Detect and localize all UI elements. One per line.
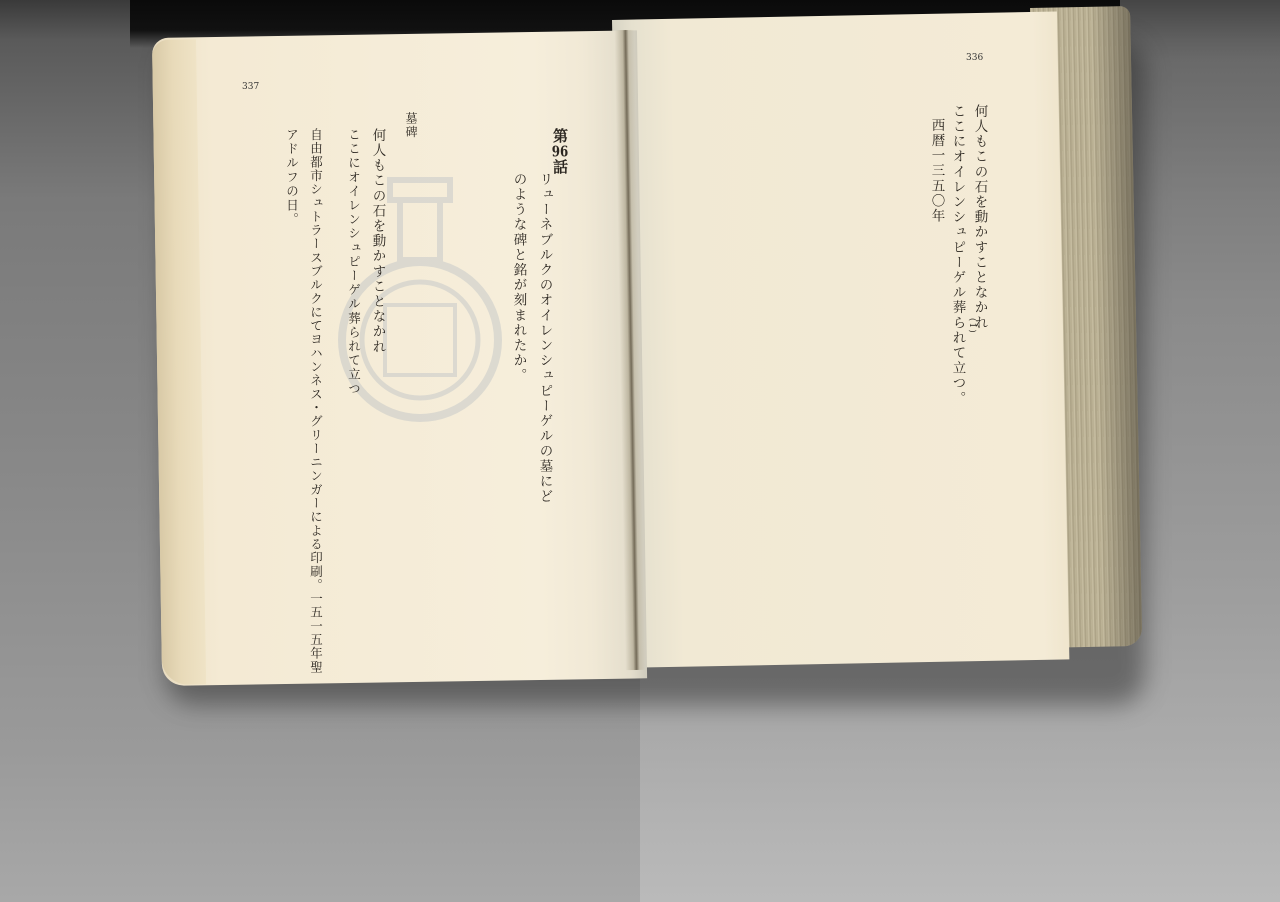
epitaph-line-2: ここにオイレンシュピーゲル葬られて立つ: [347, 128, 360, 396]
right-line-1: 何人もこの石を動かすことなかれ: [972, 104, 986, 331]
page-number-right: 336: [966, 53, 983, 63]
epitaph-line-1: 何人もこの石を動かすことなかれ: [370, 128, 384, 355]
section-heading: 墓碑: [405, 112, 417, 139]
page-number-left: 337: [242, 82, 259, 92]
right-line-3: 西暦一三五〇年: [929, 118, 943, 224]
right-page: [612, 11, 1069, 667]
chapter-title: 第96話: [552, 128, 567, 175]
note-ref-number: 1: [968, 323, 977, 330]
colophon-line-2: アドルフの日。: [285, 128, 298, 227]
note-reference: (1): [968, 318, 976, 334]
right-line-2: ここにオイレンシュピーゲル葬られて立つ。: [950, 104, 964, 406]
colophon-line-1: 自由都市シュトラースブルクにてヨハンネス・グリーニンガーによる印刷。一五一五年聖: [309, 128, 322, 674]
right-line-2-text: ここにオイレンシュピーゲル葬られて立つ。: [950, 104, 966, 406]
intro-line-2: のような碑と銘が刻まれたか。: [511, 172, 525, 383]
intro-line-1: リューネブルクのオイレンシュピーゲルの墓にど: [537, 172, 551, 504]
